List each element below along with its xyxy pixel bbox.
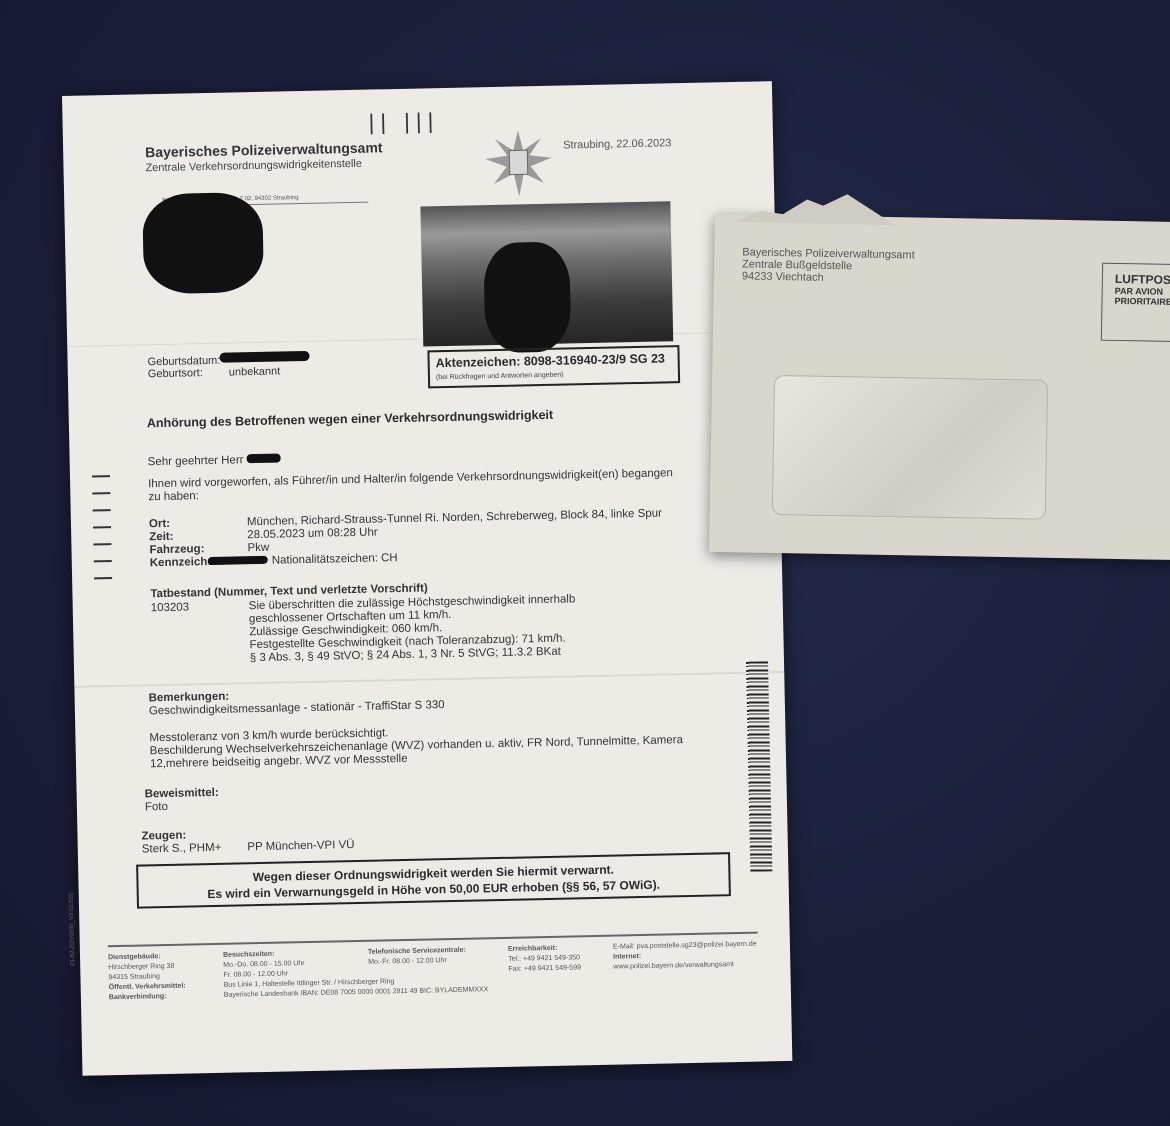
police-star-icon — [483, 128, 554, 199]
place-date: Straubing, 22.06.2023 — [563, 137, 671, 151]
redaction — [219, 351, 309, 363]
remarks: Bemerkungen: Geschwindigkeitsmessanlage … — [149, 681, 684, 771]
header-marks: || ||| — [368, 108, 439, 135]
letter-title: Anhörung des Betroffenen wegen einer Ver… — [147, 408, 554, 431]
org-department: Zentrale Verkehrsordnungswidrigkeitenste… — [145, 157, 383, 174]
salutation: Sehr geehrter Herr — [148, 454, 281, 470]
witnesses: Zeugen: Sterk S., PHM+PP München-VPI VÜ — [141, 826, 354, 856]
fine-letter: || ||| Bayerisches Polizeiverwaltungsamt… — [62, 81, 792, 1076]
margin-marks — [92, 475, 112, 594]
envelope-sender: Bayerisches Polizeiverwaltungsamt Zentra… — [742, 246, 915, 285]
evidence: Beweismittel: Foto — [145, 787, 220, 815]
tatbestand-number: 103203 — [151, 601, 190, 615]
tatbestand-text: Sie überschritten die zulässige Höchstge… — [249, 593, 577, 665]
warning-notice: Wegen dieser Ordnungswidrigkeit werden S… — [136, 852, 731, 908]
aktenzeichen-hint: (bei Rückfragen und Antworten angeben) — [436, 369, 672, 381]
barcode — [746, 661, 772, 871]
letter-footer: Dienstgebäude: Hirschberger Ring 38 9431… — [108, 932, 759, 1004]
birth-place-label: Geburtsort: — [148, 367, 203, 380]
aktenzeichen: Aktenzeichen: 8098-316940-23/9 SG 23 — [436, 351, 672, 370]
redaction — [483, 241, 571, 353]
intro-text: Ihnen wird vorgeworfen, als Führer/in un… — [148, 467, 688, 504]
envelope-window — [772, 375, 1048, 520]
offense-details: Ort:München, Richard-Strauss-Tunnel Ri. … — [149, 508, 663, 571]
letterhead: Bayerisches Polizeiverwaltungsamt Zentra… — [145, 139, 383, 174]
birth-place-value: unbekannt — [229, 365, 281, 378]
airmail-stamp: LUFTPOST PAR AVION PRIORITAIRE — [1101, 263, 1170, 343]
redaction — [142, 192, 264, 294]
aktenzeichen-box: Aktenzeichen: 8098-316940-23/9 SG 23 (be… — [427, 345, 680, 388]
envelope: Bayerisches Polizeiverwaltungsamt Zentra… — [709, 214, 1170, 560]
